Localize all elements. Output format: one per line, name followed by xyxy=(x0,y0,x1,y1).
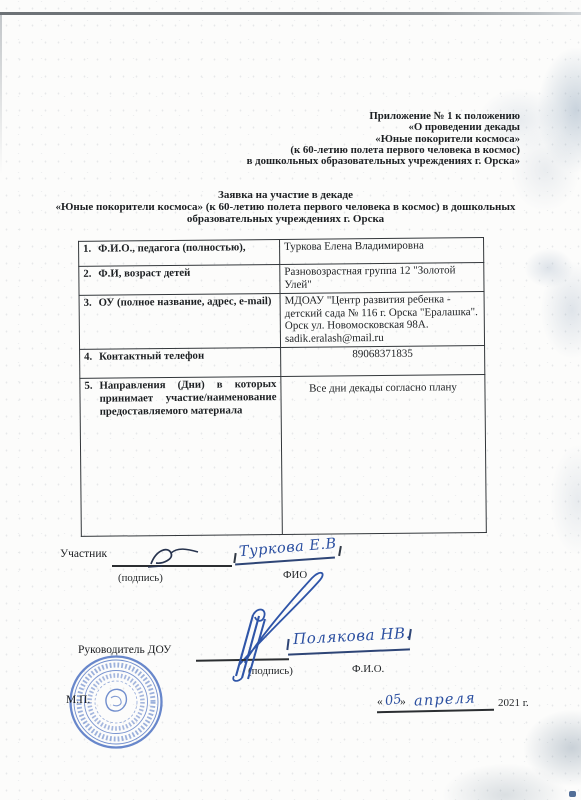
seal-place-label: М.П. xyxy=(66,694,90,706)
participant-signature xyxy=(142,541,214,571)
row-label: ОУ (полное название, адрес, e-mail) xyxy=(99,295,276,309)
date-year: 2021 г. xyxy=(498,697,529,709)
row-value: Все дни декады согласно плану xyxy=(281,375,487,535)
signature-caption: (подпись) xyxy=(118,572,163,584)
row-label: Ф.И, возраст детей xyxy=(98,266,275,280)
row-number: 2. xyxy=(83,268,95,281)
table-row: 4. Контактный телефон 89068371835 xyxy=(80,346,485,379)
table-row: 2. Ф.И, возраст детей Разновозрастная гр… xyxy=(79,263,484,296)
title-line: «Юные покорители космоса» (к 60-летию по… xyxy=(38,201,533,213)
title-line: образовательных учреждениях г. Орска xyxy=(38,213,533,225)
application-table: 1. Ф.И.О., педагога (полностью), Туркова… xyxy=(78,237,487,537)
date-open-quote: « xyxy=(377,696,383,708)
appendix-line: в дошкольных образовательных учреждениях… xyxy=(247,156,520,167)
row-value: Туркова Елена Владимировна xyxy=(280,238,484,265)
row-number: 3. xyxy=(84,296,96,309)
appendix-line: «О проведении декады xyxy=(247,122,520,133)
row-label: Направления (Дни) в которых принимает уч… xyxy=(99,378,276,418)
scan-edge-line xyxy=(0,12,581,15)
table-row: 5. Направления (Дни) в которых принимает… xyxy=(80,375,486,537)
scan-ink-speck xyxy=(569,791,576,797)
date-underline xyxy=(377,709,494,713)
date-close-quote: » xyxy=(400,696,406,708)
document-title: Заявка на участие в декаде «Юные покорит… xyxy=(38,189,533,226)
row-number: 5. xyxy=(84,380,96,418)
participant-label: Участник xyxy=(60,548,107,560)
row-label: Ф.И.О., педагога (полностью), xyxy=(98,241,275,255)
appendix-header: Приложение № 1 к положению «О проведении… xyxy=(247,111,520,167)
table-row: 3. ОУ (полное название, адрес, e-mail) М… xyxy=(79,291,485,349)
row-label: Контактный телефон xyxy=(99,349,276,363)
row-number: 4. xyxy=(84,351,96,364)
scan-left-edge xyxy=(0,15,2,175)
director-signature xyxy=(220,600,278,682)
name-caption: Ф.И.О. xyxy=(352,663,384,675)
ink-tick-mark xyxy=(338,546,342,556)
table-row: 1. Ф.И.О., педагога (полностью), Туркова… xyxy=(79,238,484,267)
date-month-handwritten: апреля xyxy=(414,690,477,709)
row-value: 89068371835 xyxy=(281,346,485,377)
ink-tick-mark xyxy=(233,553,236,563)
row-value: МДОАУ "Центр развития ребенка - детский … xyxy=(280,291,485,347)
title-line: Заявка на участие в декаде xyxy=(38,189,533,201)
row-value: Разновозрастная группа 12 "Золотой Улей" xyxy=(280,263,484,294)
row-number: 1. xyxy=(83,243,95,256)
